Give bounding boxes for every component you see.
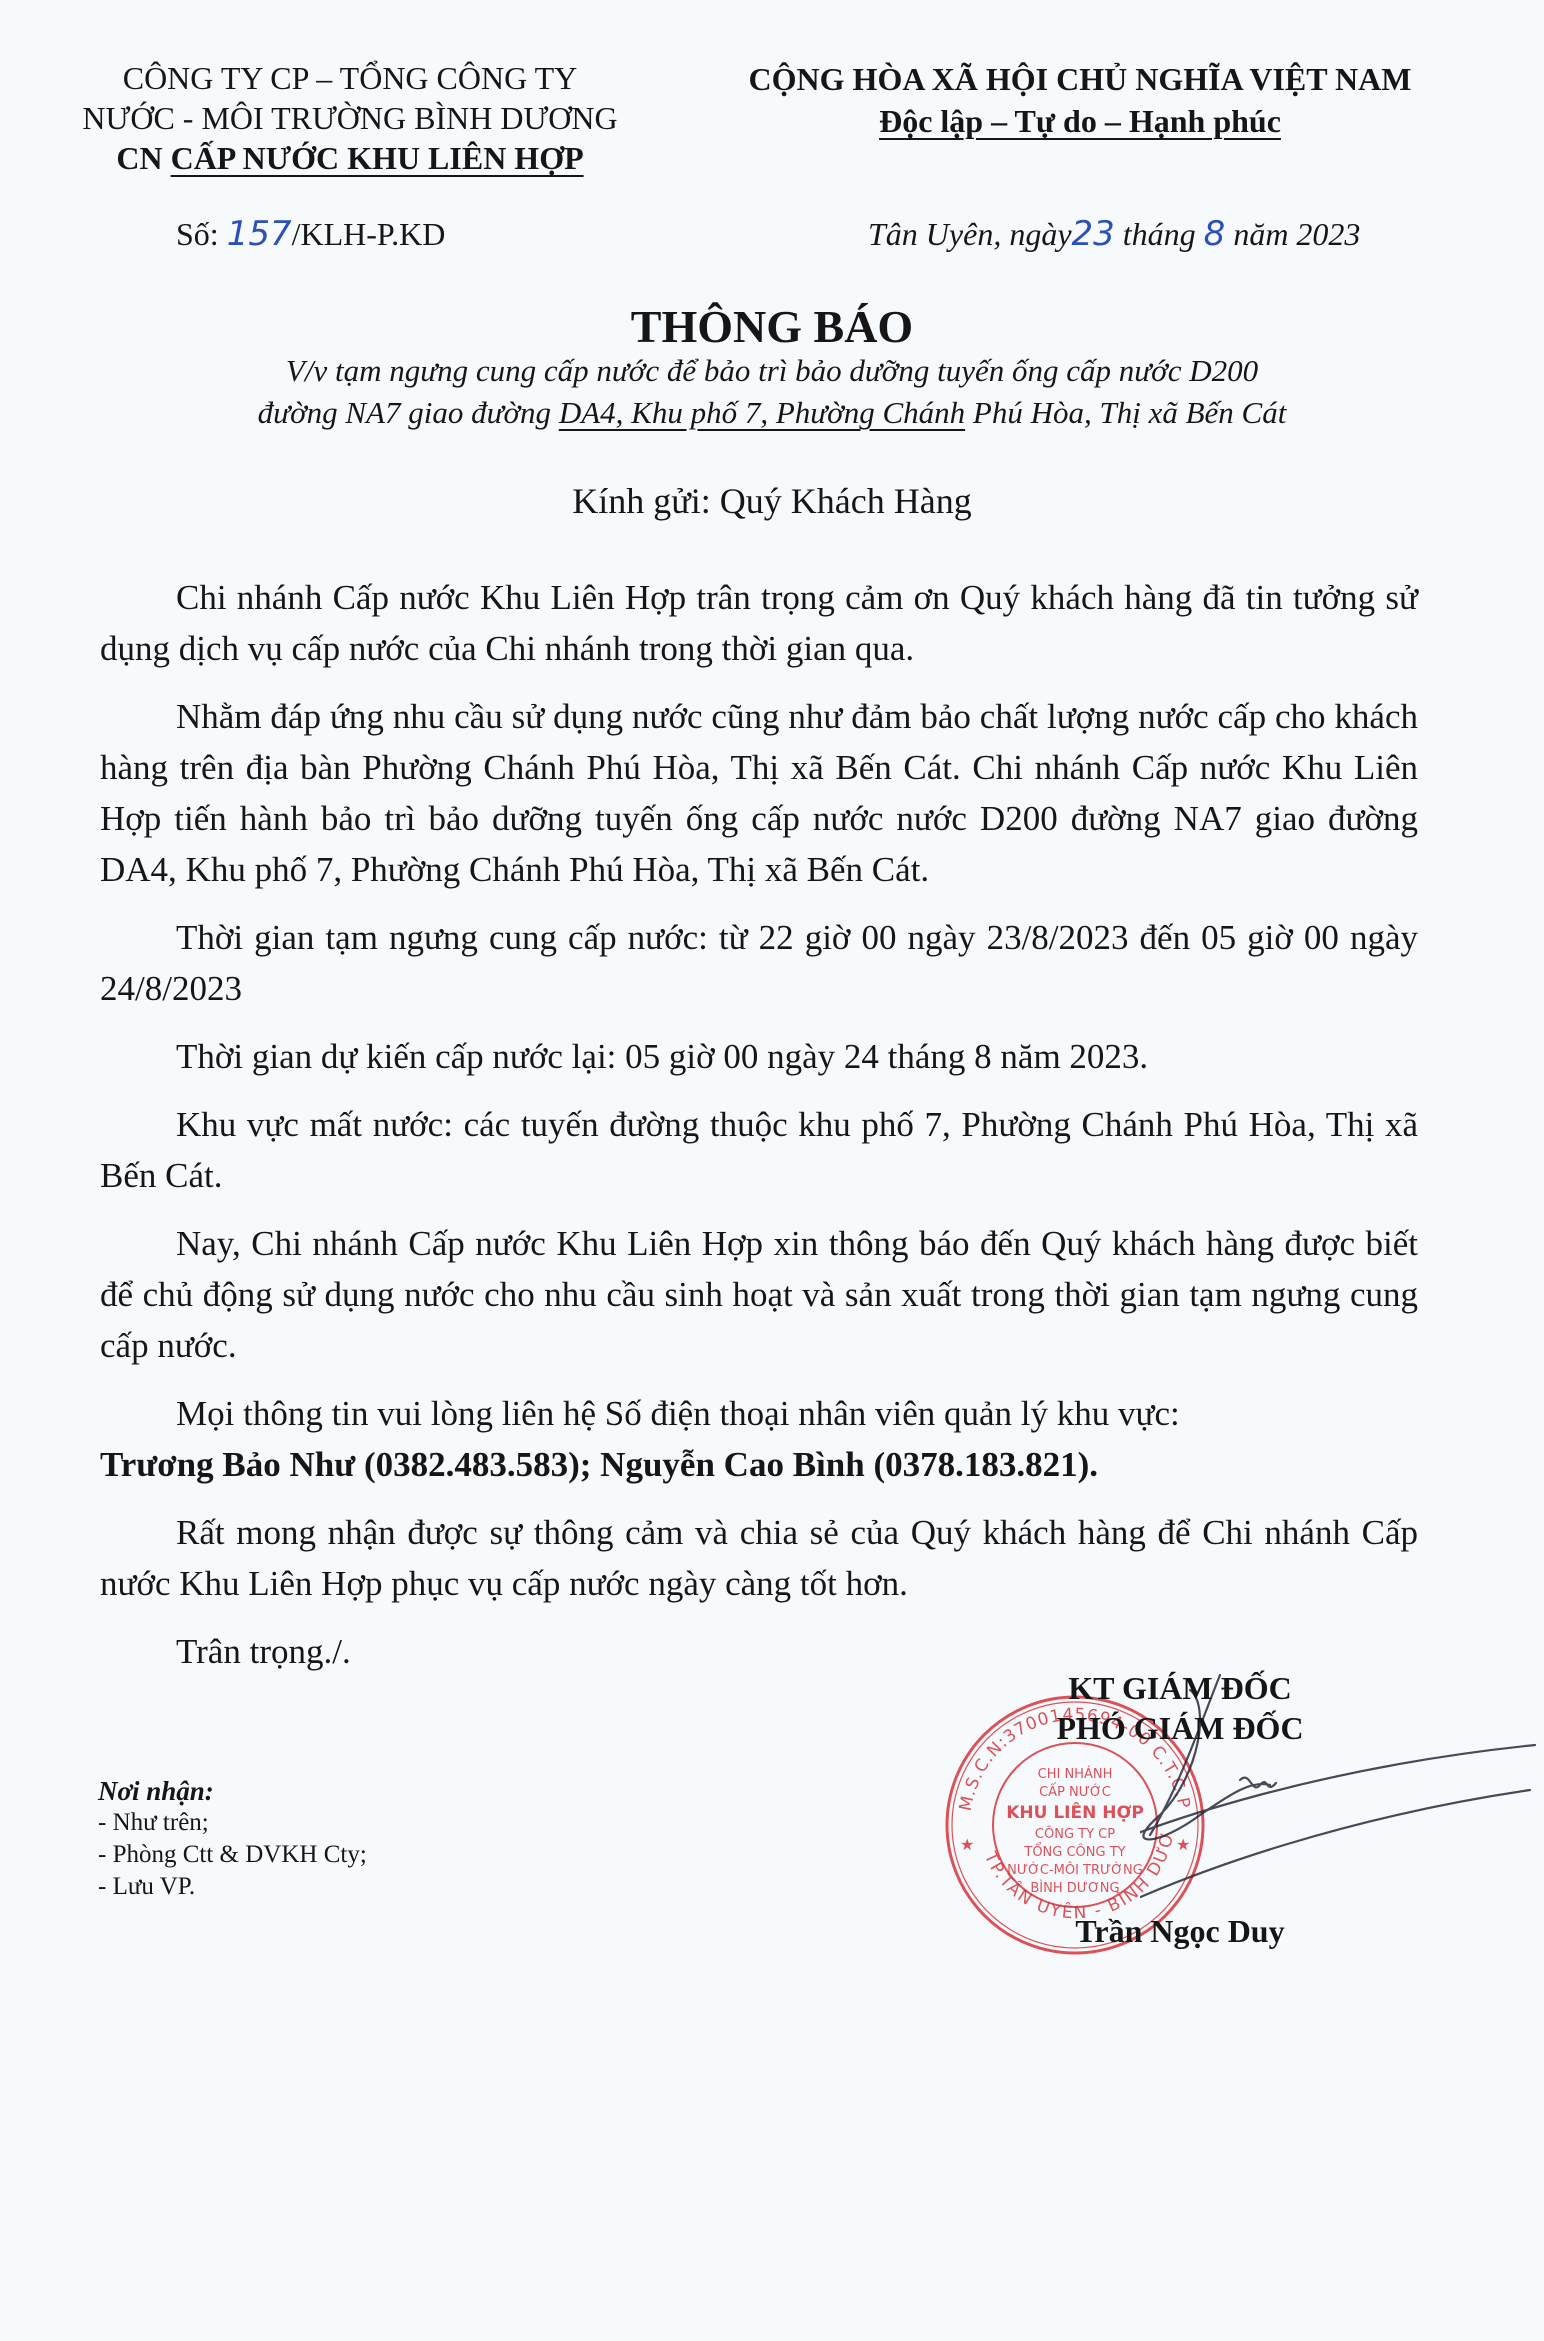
paragraph: Nhằm đáp ứng nhu cầu sử dụng nước cũng n… <box>100 691 1418 895</box>
date-month-handwritten: 8 <box>1204 214 1226 254</box>
org-branch-prefix: CN <box>116 140 170 176</box>
subject-line-2a: đường NA7 giao đường <box>258 395 559 430</box>
doc-number-suffix: /KLH-P.KD <box>292 216 446 252</box>
document-title: THÔNG BÁO <box>0 300 1544 353</box>
receiver-item: - Phòng Ctt & DVKH Cty; <box>98 1839 367 1871</box>
date-year: năm 2023 <box>1225 216 1360 252</box>
signatory-line-2: PHÓ GIÁM ĐỐC <box>1000 1708 1360 1748</box>
receivers-heading: Nơi nhận: <box>98 1775 367 1807</box>
contact-phones: Trương Bảo Như (0382.483.583); Nguyễn Ca… <box>100 1439 1418 1490</box>
paragraph-contact-intro: Mọi thông tin vui lòng liên hệ Số điện t… <box>100 1388 1418 1439</box>
svg-text:★: ★ <box>960 1835 974 1854</box>
issuing-organization: CÔNG TY CP – TỔNG CÔNG TY NƯỚC - MÔI TRƯ… <box>40 58 660 178</box>
receiver-item: - Lưu VP. <box>98 1871 367 1903</box>
org-line-2: NƯỚC - MÔI TRƯỜNG BÌNH DƯƠNG <box>40 98 660 138</box>
issue-date: Tân Uyên, ngày23 tháng 8 năm 2023 <box>868 214 1360 254</box>
svg-text:NƯỚC-MÔI TRƯỜNG: NƯỚC-MÔI TRƯỜNG <box>1007 1862 1143 1878</box>
svg-text:CHI NHÁNH: CHI NHÁNH <box>1038 1766 1113 1782</box>
receiver-item: - Như trên; <box>98 1807 367 1839</box>
motto: Độc lập – Tự do – Hạnh phúc <box>690 100 1470 142</box>
receivers-list: Nơi nhận: - Như trên; - Phòng Ctt & DVKH… <box>98 1775 367 1903</box>
svg-text:KHU LIÊN HỢP: KHU LIÊN HỢP <box>1006 1801 1144 1823</box>
doc-number-handwritten: 157 <box>227 214 292 254</box>
subject-line-2b: Phú Hòa, Thị xã Bến Cát <box>965 395 1286 430</box>
motto-text: Độc lập – Tự do – Hạnh phúc <box>879 103 1281 139</box>
org-branch: CN CẤP NƯỚC KHU LIÊN HỢP <box>40 138 660 178</box>
paragraph-suspension-time: Thời gian tạm ngưng cung cấp nước: từ 22… <box>100 912 1418 1014</box>
paragraph-closing: Rất mong nhận được sự thông cảm và chia … <box>100 1507 1418 1609</box>
svg-text:CẤP NƯỚC: CẤP NƯỚC <box>1039 1783 1111 1800</box>
paragraph: Nay, Chi nhánh Cấp nước Khu Liên Hợp xin… <box>100 1218 1418 1371</box>
national-motto: CỘNG HÒA XÃ HỘI CHỦ NGHĨA VIỆT NAM Độc l… <box>690 58 1470 142</box>
document-number: Số: 157/KLH-P.KD <box>176 214 445 254</box>
paragraph: Chi nhánh Cấp nước Khu Liên Hợp trân trọ… <box>100 572 1418 674</box>
signatory-line-1: KT GIÁM ĐỐC <box>1000 1668 1360 1708</box>
date-month-label: tháng <box>1115 216 1204 252</box>
signatory-title: KT GIÁM ĐỐC PHÓ GIÁM ĐỐC <box>1000 1668 1360 1748</box>
document-subject: V/v tạm ngưng cung cấp nước để bảo trì b… <box>150 350 1394 434</box>
paragraph-resume-time: Thời gian dự kiến cấp nước lại: 05 giờ 0… <box>100 1031 1418 1082</box>
paragraph-affected-area: Khu vực mất nước: các tuyến đường thuộc … <box>100 1099 1418 1201</box>
document-body: Chi nhánh Cấp nước Khu Liên Hợp trân trọ… <box>100 572 1418 1694</box>
subject-line-2: đường NA7 giao đường DA4, Khu phố 7, Phư… <box>150 392 1394 434</box>
country-name: CỘNG HÒA XÃ HỘI CHỦ NGHĨA VIỆT NAM <box>690 58 1470 100</box>
date-day-handwritten: 23 <box>1072 214 1115 254</box>
org-line-1: CÔNG TY CP – TỔNG CÔNG TY <box>40 58 660 98</box>
signatory-name: Trần Ngọc Duy <box>1000 1913 1360 1950</box>
svg-text:BÌNH DƯƠNG: BÌNH DƯƠNG <box>1030 1880 1119 1896</box>
date-place: Tân Uyên, ngày <box>868 216 1072 252</box>
subject-line-2-underlined: DA4, Khu phố 7, Phường Chánh <box>559 395 965 430</box>
org-branch-name: CẤP NƯỚC KHU LIÊN HỢP <box>171 140 584 176</box>
recipient-salutation: Kính gửi: Quý Khách Hàng <box>0 480 1544 522</box>
svg-text:TỔNG CÔNG TY: TỔNG CÔNG TY <box>1023 1843 1125 1860</box>
subject-line-1: V/v tạm ngưng cung cấp nước để bảo trì b… <box>150 350 1394 392</box>
svg-text:CÔNG TY CP: CÔNG TY CP <box>1035 1826 1115 1842</box>
doc-number-label: Số: <box>176 216 227 252</box>
